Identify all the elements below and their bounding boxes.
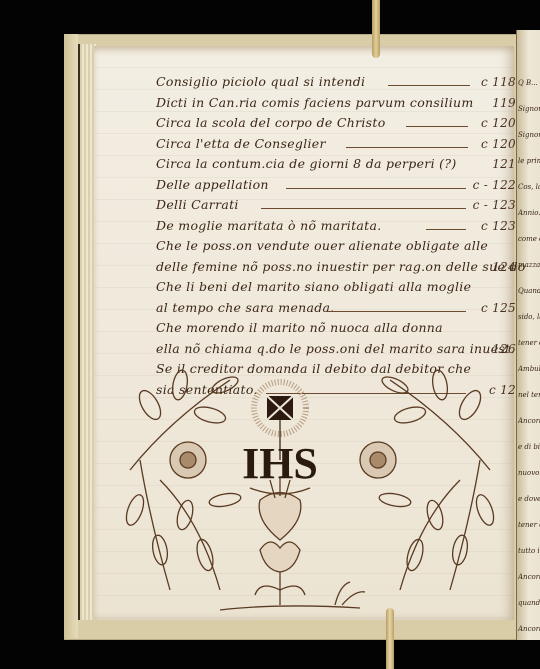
cover-edge bbox=[64, 34, 78, 638]
entry-text: Che le poss.on vendute ouer alienate obl… bbox=[156, 236, 488, 257]
index-entry: Circa l'etta de Conseglierc 120 bbox=[156, 134, 518, 155]
left-rose-icon bbox=[170, 442, 206, 478]
entry-text: Circa l'etta de Conseglier bbox=[156, 134, 326, 155]
facing-line: Ancora bbox=[518, 408, 540, 434]
facing-line: Annio... bbox=[518, 200, 540, 226]
entry-text: Delle appellation bbox=[156, 175, 269, 196]
left-vine-icon bbox=[123, 369, 242, 590]
entry-ref: c - 123 bbox=[473, 195, 516, 216]
facing-line: Q B... bbox=[518, 70, 540, 96]
index-entry: Consiglio piciolo qual si intendic 118 bbox=[156, 72, 518, 93]
entry-ref: 119 bbox=[492, 93, 516, 114]
entry-text: Circa la scola del corpo de Christo bbox=[156, 113, 386, 134]
index-entry: Delli Carratic - 123 bbox=[156, 195, 518, 216]
facing-line: tener de... bbox=[518, 330, 540, 356]
entry-text: Delli Carrati bbox=[156, 195, 239, 216]
entry-text: De moglie maritata ò nõ maritata. bbox=[156, 216, 382, 237]
leader-line bbox=[346, 147, 468, 148]
index-entry: al tempo che sara menada.c 125 bbox=[156, 298, 518, 319]
facing-line: Signoria bbox=[518, 96, 540, 122]
leader-line bbox=[286, 188, 466, 189]
ihs-illustration: IHS bbox=[110, 360, 510, 620]
facing-page-text: Q B... Signoria Signori le prima... Cos,… bbox=[518, 70, 540, 642]
entry-text: Dicti in Can.ria comis faciens parvum co… bbox=[156, 93, 474, 114]
tulip-icon bbox=[220, 542, 365, 610]
right-vine-icon bbox=[378, 369, 497, 590]
facing-line: Ambulor... bbox=[518, 356, 540, 382]
entry-ref: c 123 bbox=[481, 216, 516, 237]
right-rose-icon bbox=[360, 442, 396, 478]
index-entry: Delle appellationc - 122 bbox=[156, 175, 518, 196]
index-entry: ella nõ chiama q.do le poss.oni del mari… bbox=[156, 339, 518, 360]
bookmark-ribbon-top bbox=[372, 0, 380, 58]
facing-line: e di biar... bbox=[518, 434, 540, 460]
leader-line bbox=[326, 311, 466, 312]
facing-line: Cos, la se... bbox=[518, 174, 540, 200]
entry-ref: c 120 bbox=[481, 113, 516, 134]
entry-text: Consiglio piciolo qual si intendi bbox=[156, 72, 365, 93]
entry-text: al tempo che sara menada. bbox=[156, 298, 335, 319]
entry-ref: c 118 bbox=[481, 72, 516, 93]
leader-line bbox=[426, 229, 466, 230]
facing-line: Ancora bbox=[518, 564, 540, 590]
scan-background: Q B... Signoria Signori le prima... Cos,… bbox=[0, 0, 540, 669]
facing-line: nuovo ... bbox=[518, 460, 540, 486]
index-entry: Circa la contum.cia de giorni 8 da perpe… bbox=[156, 154, 518, 175]
entry-text: Che morendo il marito nõ nuoca alla donn… bbox=[156, 318, 443, 339]
bookmark-ribbon-bottom bbox=[386, 608, 394, 669]
facing-line: Quand... bbox=[518, 278, 540, 304]
index-entry: Dicti in Can.ria comis faciens parvum co… bbox=[156, 93, 518, 114]
facing-line: Ancora bbox=[518, 616, 540, 642]
entry-ref: 124 bbox=[492, 257, 516, 278]
index-entry: Che li beni del marito siano obligati al… bbox=[156, 277, 518, 298]
entry-ref: 121 bbox=[492, 154, 516, 175]
facing-line: quando bbox=[518, 590, 540, 616]
index-entry: delle femine nõ poss.no inuestir per rag… bbox=[156, 257, 518, 278]
entry-text: Che li beni del marito siano obligati al… bbox=[156, 277, 471, 298]
index-entry: Che le poss.on vendute ouer alienate obl… bbox=[156, 236, 518, 257]
entry-text: delle femine nõ poss.no inuestir per rag… bbox=[156, 257, 526, 278]
facing-line: come d... bbox=[518, 226, 540, 252]
facing-line: sido, la bbox=[518, 304, 540, 330]
entry-ref: 126 bbox=[492, 339, 516, 360]
leader-line bbox=[261, 208, 466, 209]
entry-text: ella nõ chiama q.do le poss.oni del mari… bbox=[156, 339, 515, 360]
facing-line: le prima... bbox=[518, 148, 540, 174]
facing-line: nel tempo bbox=[518, 382, 540, 408]
entry-ref: c 125 bbox=[481, 298, 516, 319]
facing-line: tener c... bbox=[518, 512, 540, 538]
index-entry: De moglie maritata ò nõ maritata.c 123 bbox=[156, 216, 518, 237]
entry-text: Circa la contum.cia de giorni 8 da perpe… bbox=[156, 154, 457, 175]
index-entry: Che morendo il marito nõ nuoca alla donn… bbox=[156, 318, 518, 339]
facing-line: e dove ... bbox=[518, 486, 540, 512]
index-entry: Circa la scola del corpo de Christoc 120 bbox=[156, 113, 518, 134]
entry-ref: c - 122 bbox=[473, 175, 516, 196]
facing-line: Signori bbox=[518, 122, 540, 148]
leader-line bbox=[388, 85, 470, 86]
entry-ref: c 120 bbox=[481, 134, 516, 155]
facing-line: tutto il C... bbox=[518, 538, 540, 564]
index-entries: Consiglio piciolo qual si intendic 118 D… bbox=[156, 72, 518, 400]
leader-line bbox=[406, 126, 468, 127]
